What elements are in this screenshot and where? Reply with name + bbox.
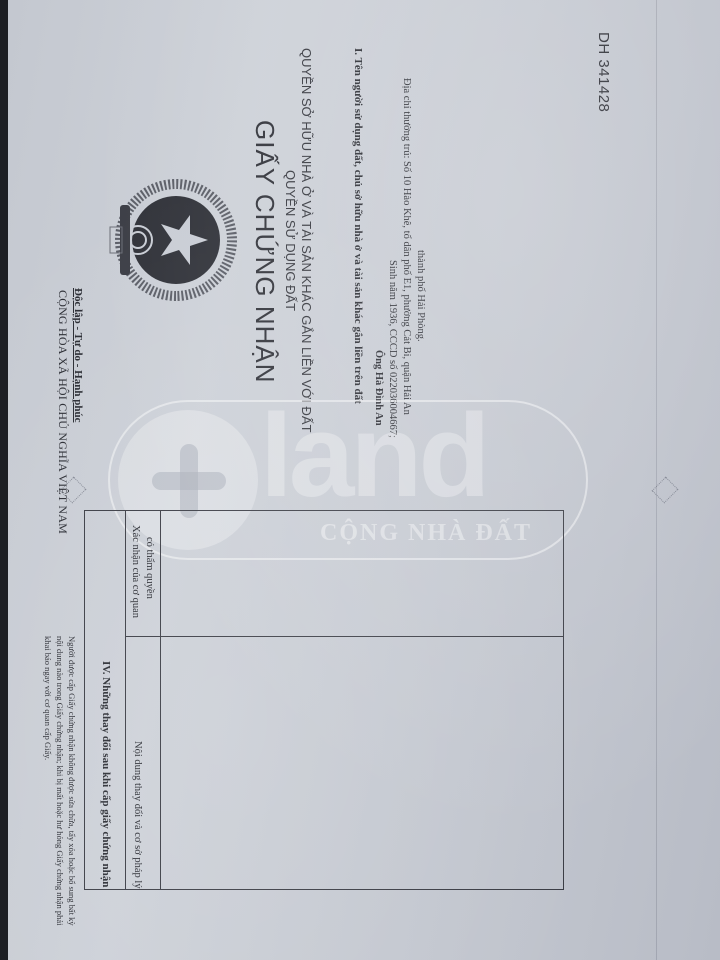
certificate-subtitle-2: QUYỀN SỞ HỮU NHÀ Ở VÀ TÀI SẢN KHÁC GẮN L… [299,48,314,433]
column-header-confirmation: Xác nhận của cơ quan [130,525,141,618]
plus-icon [180,444,198,518]
plus-icon [152,472,226,490]
national-motto: Độc lập - Tự do - Hạnh phúc [72,288,84,422]
column-header-changes: Nội dung thay đổi và cơ sở pháp lý [132,741,143,889]
serial-number: DH 341428 [595,32,612,112]
table-divider [160,511,161,889]
certificate-page: CỘNG HÒA XÃ HỘI CHỦ NGHĨA VIỆT NAM Độc l… [8,0,720,960]
certificate-subtitle-1: QUYỀN SỬ DỤNG ĐẤT [283,170,298,311]
owner-address-line-1: Địa chỉ thường trú: Số 10 Hào Khê, tổ dâ… [401,78,412,415]
owner-name: Ông Hà Đình An [373,350,384,426]
changes-table: IV. Những thay đổi sau khi cấp giấy chứn… [84,510,564,890]
table-heading: IV. Những thay đổi sau khi cấp giấy chứn… [100,661,112,887]
national-emblem-icon [108,175,238,305]
owner-birth-id: Sinh năm 1936, CCCD số 022036004667; [387,260,398,438]
certificate-title: GIẤY CHỨNG NHẬN [249,120,280,384]
fold-line [656,0,657,960]
owner-address-line-2: thành phố Hải Phòng. [415,250,426,342]
section-1-heading: I. Tên người sử dụng đất, chủ sở hữu nhà… [352,48,364,404]
table-divider [125,511,126,889]
column-header-confirmation-line-2: có thẩm quyền [144,537,155,599]
footnote: Người được cấp Giấy chứng nhận không đượ… [42,636,78,926]
national-title: CỘNG HÒA XÃ HỘI CHỦ NGHĨA VIỆT NAM [55,290,70,534]
table-divider [125,636,563,637]
